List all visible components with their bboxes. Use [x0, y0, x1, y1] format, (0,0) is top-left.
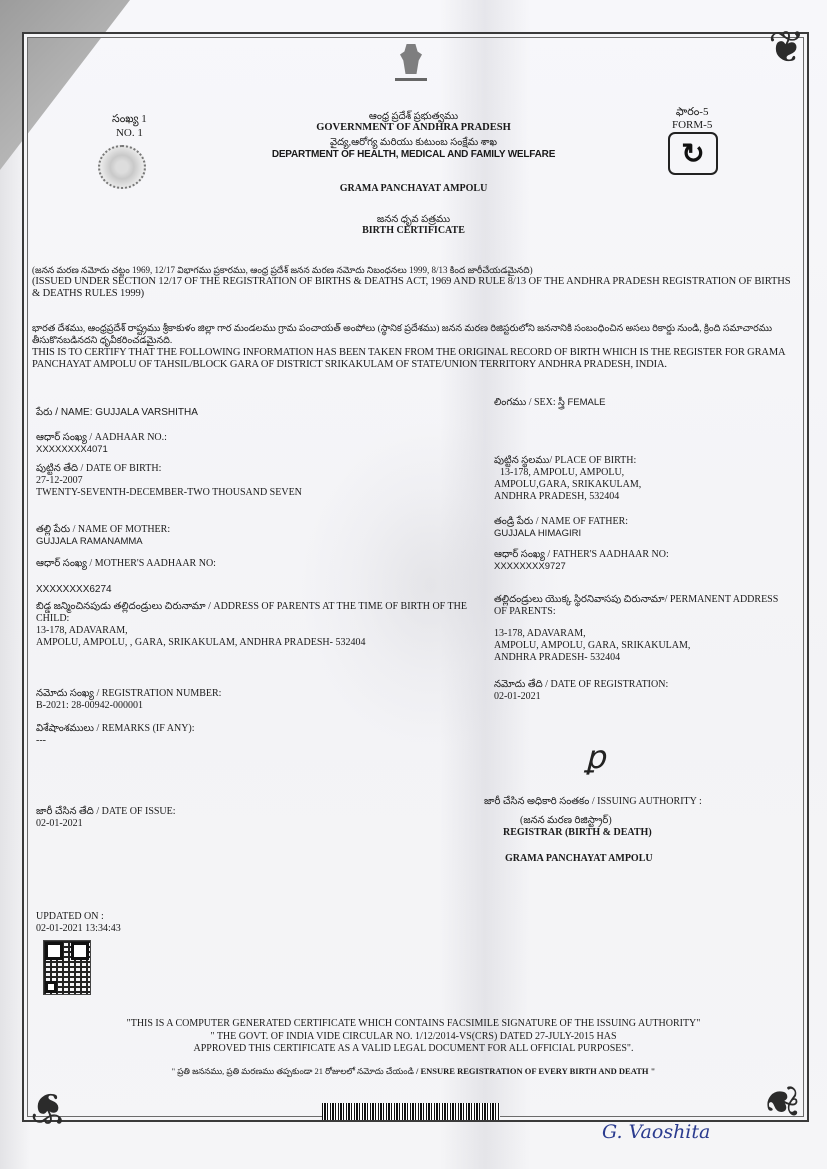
ornament-corner-icon: ❦ — [759, 1084, 803, 1121]
label: పుట్టిన తేది / DATE OF BIRTH: — [36, 463, 302, 475]
field-mother-aadhaar: ఆధార్ సంఖ్య / MOTHER'S AADHAAR NO: — [36, 558, 216, 570]
label: UPDATED ON : — [36, 911, 121, 923]
field-aadhaar: ఆధార్ సంఖ్య / AADHAAR NO.: XXXXXXXX4071 — [36, 432, 167, 456]
ensure-te: " ప్రతి జననము, ప్రతి మరణము తప్పకుండా 21 … — [172, 1066, 414, 1076]
address-line: AMPOLU, AMPOLU, , GARA, SRIKAKULAM, ANDH… — [36, 637, 496, 649]
dob-value: 27-12-2007 — [36, 475, 302, 487]
aadhaar-value: XXXXXXXX4071 — [36, 444, 167, 456]
label: విశేషాంశములు / REMARKS (IF ANY): — [36, 723, 195, 735]
footer-disclaimer: "THIS IS A COMPUTER GENERATED CERTIFICAT… — [0, 1018, 827, 1056]
certify-te: భారత దేశము, ఆంధ్రప్రదేశ్ రాష్ట్రము శ్రీక… — [32, 323, 792, 347]
ensure-en: / ENSURE REGISTRATION OF EVERY BIRTH AND… — [416, 1066, 655, 1076]
registrar-title: REGISTRAR (BIRTH & DEATH) — [503, 827, 652, 839]
field-dob: పుట్టిన తేది / DATE OF BIRTH: 27-12-2007… — [36, 463, 302, 499]
issued-under-te: (జనన మరణ నమోదు చట్టం 1969, 12/17 విభాగము… — [32, 264, 792, 276]
govt-en: GOVERNMENT OF ANDHRA PRADESH — [0, 122, 827, 133]
issuing-authority-label: జారీ చేసిన అధికారి సంతకం / ISSUING AUTHO… — [484, 796, 702, 808]
field-address-at-birth: బిడ్డ జన్మించినపుడు తల్లిదండ్రులు చిరునా… — [36, 601, 496, 649]
label: నమోదు తేది / DATE OF REGISTRATION: — [494, 679, 668, 691]
panchayat-name: GRAMA PANCHAYAT AMPOLU — [0, 183, 827, 194]
footer-line: "THIS IS A COMPUTER GENERATED CERTIFICAT… — [0, 1018, 827, 1031]
mother-aadhaar-value: XXXXXXXX6274 — [36, 584, 112, 596]
label: ఆధార్ సంఖ్య / AADHAAR NO.: — [36, 432, 167, 444]
name-value: GUJJALA VARSHITHA — [95, 407, 198, 418]
address-line: 13-178, ADAVARAM, — [36, 625, 496, 637]
label: పేరు / NAME: — [36, 407, 93, 418]
updated-on: UPDATED ON : 02-01-2021 13:34:43 — [36, 911, 121, 935]
ensure-registration: " ప్రతి జననము, ప్రతి మరణము తప్పకుండా 21 … — [0, 1066, 827, 1079]
address-line: ANDHRA PRADESH- 532404 — [494, 652, 784, 664]
place-line: AMPOLU,GARA, SRIKAKULAM, — [494, 479, 641, 491]
footer-line: " THE GOVT. OF INDIA VIDE CIRCULAR NO. 1… — [0, 1031, 827, 1044]
field-father: తండ్రి పేరు / NAME OF FATHER: GUJJALA HI… — [494, 516, 628, 540]
issued-under-en: (ISSUED UNDER SECTION 12/17 OF THE REGIS… — [32, 276, 792, 300]
label: ఆధార్ సంఖ్య / FATHER'S AADHAAR NO: — [494, 549, 669, 561]
father-value: GUJJALA HIMAGIRI — [494, 528, 628, 540]
label: నమోదు సంఖ్య / REGISTRATION NUMBER: — [36, 688, 221, 700]
label: బిడ్డ జన్మించినపుడు తల్లిదండ్రులు చిరునా… — [36, 601, 496, 625]
footer-line: APPROVED THIS CERTIFICATE AS A VALID LEG… — [0, 1043, 827, 1056]
field-name: పేరు / NAME: GUJJALA VARSHITHA — [36, 407, 198, 419]
registrar-te: (జనన మరణ రిజిస్ట్రార్) — [520, 815, 612, 827]
label: పుట్టిన స్థలము/ PLACE OF BIRTH: — [494, 455, 641, 467]
field-father-aadhaar: ఆధార్ సంఖ్య / FATHER'S AADHAAR NO: XXXXX… — [494, 549, 669, 573]
remarks-value: --- — [36, 735, 195, 747]
field-mother: తల్లి పేరు / NAME OF MOTHER: GUJJALA RAM… — [36, 524, 170, 548]
registrar-signature: ꝑ — [585, 738, 625, 778]
registration-number-value: B-2021: 28-00942-000001 — [36, 700, 221, 712]
ornament-corner-icon: ❦ — [30, 1085, 67, 1129]
certify-en: THIS IS TO CERTIFY THAT THE FOLLOWING IN… — [32, 347, 792, 371]
handwritten-signature: G. Vaoshita — [602, 1121, 710, 1143]
barcode-icon — [322, 1103, 500, 1120]
field-remarks: విశేషాంశములు / REMARKS (IF ANY): --- — [36, 723, 195, 747]
updated-value: 02-01-2021 13:34:43 — [36, 923, 121, 935]
label: తల్లి పేరు / NAME OF MOTHER: — [36, 524, 170, 536]
certificate-title: BIRTH CERTIFICATE — [0, 225, 827, 236]
label: లింగము / SEX: — [494, 397, 556, 408]
registration-date-value: 02-01-2021 — [494, 691, 668, 703]
ornament-corner-icon: ❦ — [768, 26, 805, 70]
label: తల్లిదండ్రులు యొక్క స్థిరనివాసపు చిరునామ… — [494, 594, 784, 618]
dept-te: వైద్య,ఆరోగ్య మరియు కుటుంబ సంక్షేమ శాఖ — [0, 136, 827, 150]
field-place-of-birth: పుట్టిన స్థలము/ PLACE OF BIRTH: 13-178, … — [494, 455, 641, 503]
qr-code-icon — [43, 940, 91, 995]
certify-statement: భారత దేశము, ఆంధ్రప్రదేశ్ రాష్ట్రము శ్రీక… — [32, 323, 792, 371]
address-line: 13-178, ADAVARAM, — [494, 628, 784, 640]
field-registration-number: నమోదు సంఖ్య / REGISTRATION NUMBER: B-202… — [36, 688, 221, 712]
address-line: AMPOLU, AMPOLU, GARA, SRIKAKULAM, — [494, 640, 784, 652]
place-line: 13-178, AMPOLU, AMPOLU, — [494, 467, 641, 479]
field-sex: లింగము / SEX: స్త్రీ FEMALE — [494, 397, 605, 409]
field-permanent-address: తల్లిదండ్రులు యొక్క స్థిరనివాసపు చిరునామ… — [494, 594, 784, 664]
issue-date-value: 02-01-2021 — [36, 818, 176, 830]
father-aadhaar-value: XXXXXXXX9727 — [494, 561, 669, 573]
mother-value: GUJJALA RAMANAMMA — [36, 536, 170, 548]
issued-under: (జనన మరణ నమోదు చట్టం 1969, 12/17 విభాగము… — [32, 264, 792, 300]
registrar-office: GRAMA PANCHAYAT AMPOLU — [505, 853, 653, 865]
label: జారీ చేసిన తేది / DATE OF ISSUE: — [36, 806, 176, 818]
dob-words: TWENTY-SEVENTH-DECEMBER-TWO THOUSAND SEV… — [36, 487, 302, 499]
place-line: ANDHRA PRADESH, 532404 — [494, 491, 641, 503]
sex-value: స్త్రీ FEMALE — [558, 397, 605, 408]
label: తండ్రి పేరు / NAME OF FATHER: — [494, 516, 628, 528]
ashoka-emblem-icon — [393, 44, 429, 92]
dept-en: DEPARTMENT OF HEALTH, MEDICAL AND FAMILY… — [0, 149, 827, 160]
field-issue-date: జారీ చేసిన తేది / DATE OF ISSUE: 02-01-2… — [36, 806, 176, 830]
field-registration-date: నమోదు తేది / DATE OF REGISTRATION: 02-01… — [494, 679, 668, 703]
label: ఆధార్ సంఖ్య / MOTHER'S AADHAAR NO: — [36, 558, 216, 570]
